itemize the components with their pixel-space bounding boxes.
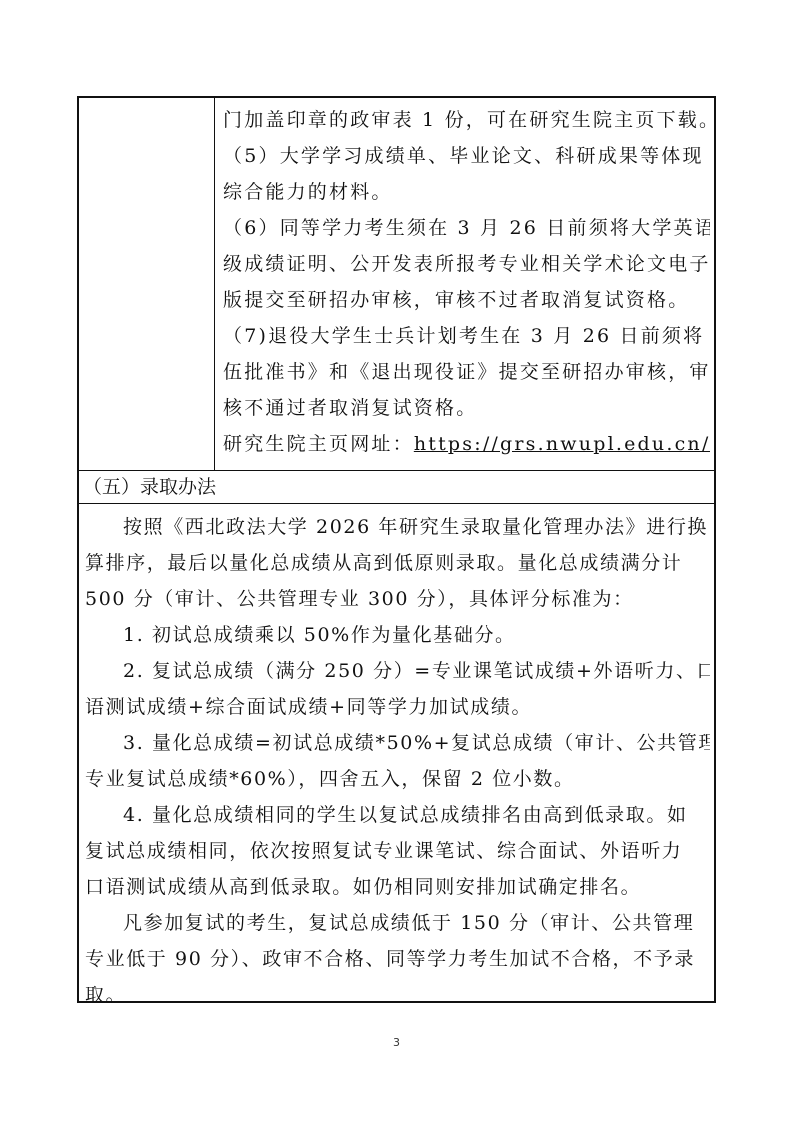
text-line: 500 分（审计、公共管理专业 300 分），具体评分标准为： xyxy=(85,581,710,617)
text-line: 凡参加复试的考生，复试总成绩低于 150 分（审计、公共管理 xyxy=(85,905,710,941)
text-line: 算排序，最后以量化总成绩从高到低原则录取。量化总成绩满分计 xyxy=(85,545,710,581)
info-table: 门加盖印章的政审表 1 份，可在研究生院主页下载。 （5）大学学习成绩单、毕业论… xyxy=(77,96,716,1003)
section-title: （五）录取办法 xyxy=(79,471,714,504)
text-line: 门加盖印章的政审表 1 份，可在研究生院主页下载。 xyxy=(223,102,710,138)
text-line: 口语测试成绩从高到低录取。如仍相同则安排加试确定排名。 xyxy=(85,869,710,905)
homepage-line: 研究生院主页网址：https://grs.nwupl.edu.cn/ xyxy=(223,426,710,462)
text-line: 1. 初试总成绩乘以 50%作为量化基础分。 xyxy=(85,617,710,653)
text-line: 2. 复试总成绩（满分 250 分）=专业课笔试成绩+外语听力、口 xyxy=(85,653,710,689)
document-page: 门加盖印章的政审表 1 份，可在研究生院主页下载。 （5）大学学习成绩单、毕业论… xyxy=(0,0,793,1122)
page-number: 3 xyxy=(0,1036,793,1049)
text-line: 综合能力的材料。 xyxy=(223,174,710,210)
materials-content-cell: 门加盖印章的政审表 1 份，可在研究生院主页下载。 （5）大学学习成绩单、毕业论… xyxy=(215,98,714,470)
text-line: 4. 量化总成绩相同的学生以复试总成绩排名由高到低录取。如 xyxy=(85,797,710,833)
text-line: 级成绩证明、公开发表所报考专业相关学术论文电子 xyxy=(223,246,710,282)
admission-method-body: 按照《西北政法大学 2026 年研究生录取量化管理办法》进行换 算排序，最后以量… xyxy=(79,504,714,1001)
text-line: 语测试成绩+综合面试成绩+同等学力加试成绩。 xyxy=(85,689,710,725)
text-line: （7)退役大学生士兵计划考生在 3 月 26 日前须将《入 xyxy=(223,318,710,354)
text-line: 3. 量化总成绩=初试总成绩*50%+复试总成绩（审计、公共管理 xyxy=(85,725,710,761)
row-label-cell xyxy=(79,98,215,470)
text-line: （5）大学学习成绩单、毕业论文、科研成果等体现 xyxy=(223,138,710,174)
text-line: 版提交至研招办审核，审核不过者取消复试资格。 xyxy=(223,282,710,318)
text-line: 伍批准书》和《退出现役证》提交至研招办审核，审 xyxy=(223,354,710,390)
text-line: 专业低于 90 分）、政审不合格、同等学力考生加试不合格，不予录 xyxy=(85,941,710,977)
text-line: 专业复试总成绩*60%），四舍五入，保留 2 位小数。 xyxy=(85,761,710,797)
text-line: （6）同等学力考生须在 3 月 26 日前须将大学英语四 xyxy=(223,210,710,246)
text-line: 按照《西北政法大学 2026 年研究生录取量化管理办法》进行换 xyxy=(85,509,710,545)
text-line: 核不通过者取消复试资格。 xyxy=(223,390,710,426)
text-line: 复试总成绩相同，依次按照复试专业课笔试、综合面试、外语听力 xyxy=(85,833,710,869)
homepage-label: 研究生院主页网址： xyxy=(223,433,414,455)
materials-row: 门加盖印章的政审表 1 份，可在研究生院主页下载。 （5）大学学习成绩单、毕业论… xyxy=(79,98,714,471)
text-line: 取。 xyxy=(85,977,710,1013)
homepage-link[interactable]: https://grs.nwupl.edu.cn/ xyxy=(414,433,710,455)
